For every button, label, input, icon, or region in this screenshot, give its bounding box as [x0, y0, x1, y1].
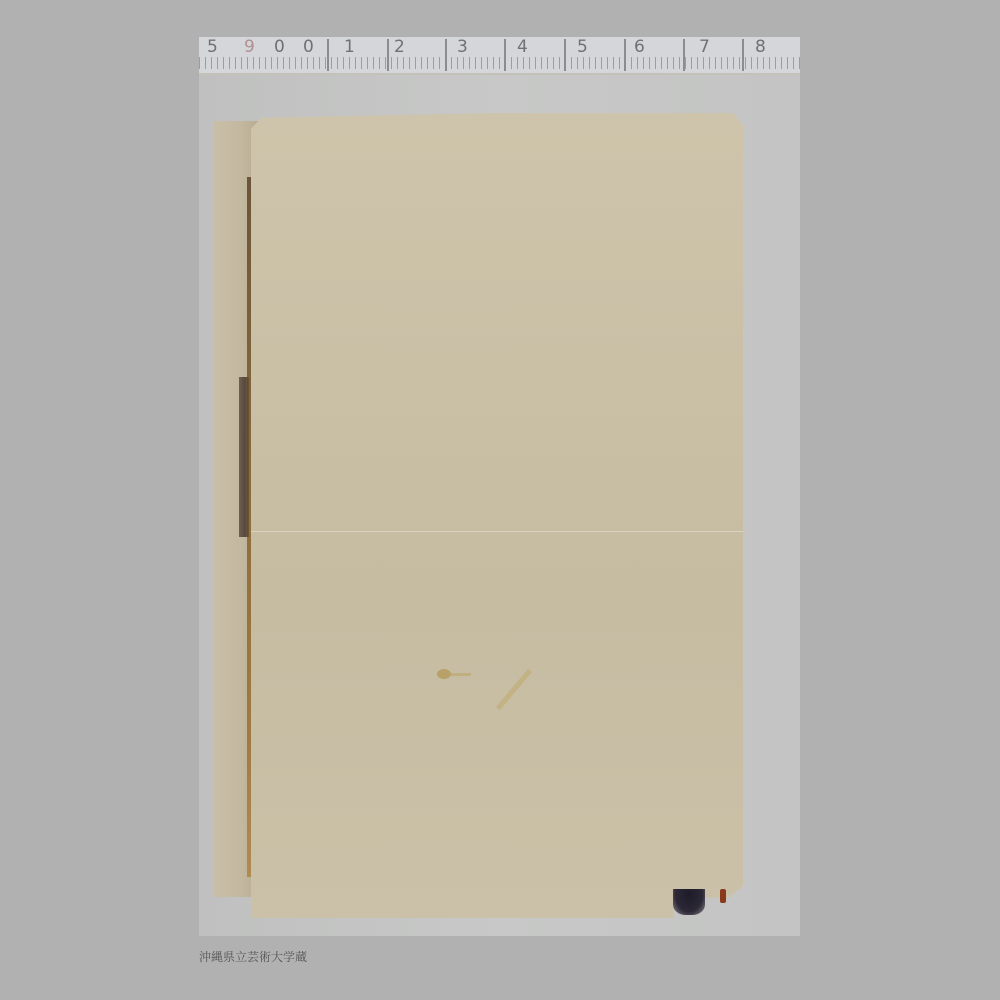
ruler-label: 5: [207, 37, 218, 57]
ruler-major-tick: [683, 39, 685, 71]
ruler-major-tick: [742, 39, 744, 71]
ruler-label: 7: [699, 37, 710, 57]
object-photo: 5 9 0 0 1 2 3 4 5 6 7 8: [199, 37, 800, 936]
ruler-label: 0: [303, 37, 314, 57]
ruler-major-tick: [445, 39, 447, 71]
ruler-major-tick: [504, 39, 506, 71]
ruler-ticks: [199, 57, 800, 69]
ruler-major-tick: [387, 39, 389, 71]
ruler-label: 4: [517, 37, 528, 57]
spine-binding: [239, 377, 249, 537]
ruler-label: 3: [457, 37, 468, 57]
collection-credit: 沖縄県立芸術大学蔵: [199, 948, 307, 965]
dark-corner-fabric: [673, 889, 705, 915]
ruler-major-tick: [327, 39, 329, 71]
paper-cover: [251, 113, 743, 918]
ruler-major-tick: [624, 39, 626, 71]
fold-crease: [251, 531, 743, 532]
stain-mark: [447, 673, 471, 676]
ruler-label: 6: [634, 37, 645, 57]
ruler-label: 2: [394, 37, 405, 57]
ruler-label: 5: [577, 37, 588, 57]
ruler-major-tick: [564, 39, 566, 71]
measurement-ruler: 5 9 0 0 1 2 3 4 5 6 7 8: [199, 37, 800, 75]
red-corner-tab: [720, 889, 726, 903]
ruler-label: 8: [755, 37, 766, 57]
ruler-label: 0: [274, 37, 285, 57]
ruler-label: 9: [244, 37, 255, 57]
ruler-label: 1: [344, 37, 355, 57]
